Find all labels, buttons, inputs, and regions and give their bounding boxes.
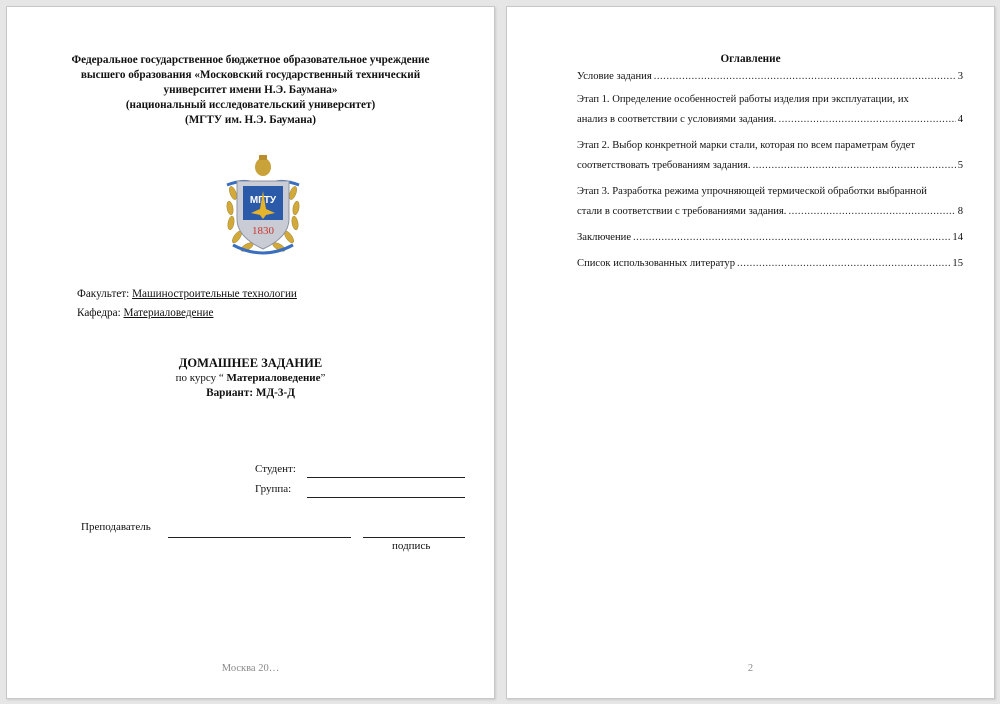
toc-leader-dots — [737, 254, 950, 274]
assignment-title-block: ДОМАШНЕЕ ЗАДАНИЕ по курсу “ Материаловед… — [7, 355, 494, 401]
toc-title: Оглавление — [507, 53, 994, 65]
table-of-contents-page: Оглавление Условие задания 3 Этап 1. Опр… — [506, 6, 995, 699]
toc-leader-dots — [788, 202, 955, 222]
variant-line: Вариант: МД-3-Д — [7, 386, 494, 401]
header-line: университет имени Н.Э. Баумана» — [7, 83, 494, 98]
course-suffix: ” — [321, 372, 326, 384]
toc-entry[interactable]: Заключение 14 — [577, 228, 963, 248]
toc-entry-text: Этап 1. Определение особенностей работы … — [577, 90, 963, 110]
student-signature-line — [307, 477, 465, 478]
department-value: Материаловедение — [124, 307, 214, 319]
toc-entry[interactable]: Этап 1. Определение особенностей работы … — [577, 90, 963, 130]
toc-entry-text: Список использованных литератур — [577, 254, 735, 274]
toc-page-number: 5 — [958, 156, 963, 176]
toc-leader-dots — [778, 110, 955, 130]
department-label: Кафедра: — [77, 307, 121, 319]
faculty-field: Факультет: Машиностроительные технологии — [77, 288, 297, 300]
toc-entry-text: Условие задания — [577, 67, 652, 87]
svg-text:1830: 1830 — [252, 225, 275, 237]
document-viewport: Федеральное государственное бюджетное об… — [0, 0, 1000, 704]
toc-leader-dots — [753, 156, 956, 176]
title-page: Федеральное государственное бюджетное об… — [6, 6, 495, 699]
course-line: по курсу “ Материаловедение” — [7, 371, 494, 386]
faculty-value: Машиностроительные технологии — [132, 288, 297, 300]
course-name: Материаловедение — [227, 372, 321, 384]
toc-page-number: 4 — [958, 110, 963, 130]
toc-entry[interactable]: Этап 2. Выбор конкретной марки стали, ко… — [577, 136, 963, 176]
header-line: Федеральное государственное бюджетное об… — [7, 53, 494, 68]
header-line: (МГТУ им. Н.Э. Баумана) — [7, 113, 494, 128]
header-line: (национальный исследовательский универси… — [7, 98, 494, 113]
toc-entry[interactable]: Условие задания 3 — [577, 67, 963, 87]
toc-page-number: 15 — [952, 254, 963, 274]
group-label: Группа: — [255, 483, 291, 495]
toc-entry[interactable]: Список использованных литератур 15 — [577, 254, 963, 274]
toc-page-number: 3 — [958, 67, 963, 87]
signature-caption: подпись — [392, 540, 430, 552]
group-line — [307, 497, 465, 498]
toc-list: Условие задания 3 Этап 1. Определение ос… — [577, 67, 963, 280]
teacher-label: Преподаватель — [81, 521, 151, 533]
footer-city: Москва 20… — [7, 663, 494, 674]
toc-entry-text: Этап 2. Выбор конкретной марки стали, ко… — [577, 136, 963, 156]
student-label: Студент: — [255, 463, 296, 475]
toc-page-number: 8 — [958, 202, 963, 222]
toc-page-number: 14 — [952, 228, 963, 248]
teacher-signature-line — [363, 537, 465, 538]
toc-entry-text: Заключение — [577, 228, 631, 248]
toc-entry-text: Этап 3. Разработка режима упрочняющей те… — [577, 182, 963, 202]
toc-leader-dots — [654, 67, 956, 87]
toc-entry-text-cont: стали в соответствии с требованиями зада… — [577, 202, 786, 222]
course-prefix: по курсу “ — [176, 372, 227, 384]
toc-entry-text-cont: соответствовать требованиям задания. — [577, 156, 751, 176]
page-number: 2 — [507, 663, 994, 674]
teacher-name-line — [168, 537, 351, 538]
university-header: Федеральное государственное бюджетное об… — [7, 53, 494, 128]
toc-entry-text-cont: анализ в соответствии с условиями задани… — [577, 110, 776, 130]
faculty-label: Факультет: — [77, 288, 129, 300]
header-line: высшего образования «Московский государс… — [7, 68, 494, 83]
department-field: Кафедра: Материаловедение — [77, 307, 213, 319]
bmstu-emblem-icon: МГТУ 1830 — [223, 153, 303, 259]
toc-leader-dots — [633, 228, 950, 248]
assignment-title: ДОМАШНЕЕ ЗАДАНИЕ — [7, 355, 494, 371]
toc-entry[interactable]: Этап 3. Разработка режима упрочняющей те… — [577, 182, 963, 222]
